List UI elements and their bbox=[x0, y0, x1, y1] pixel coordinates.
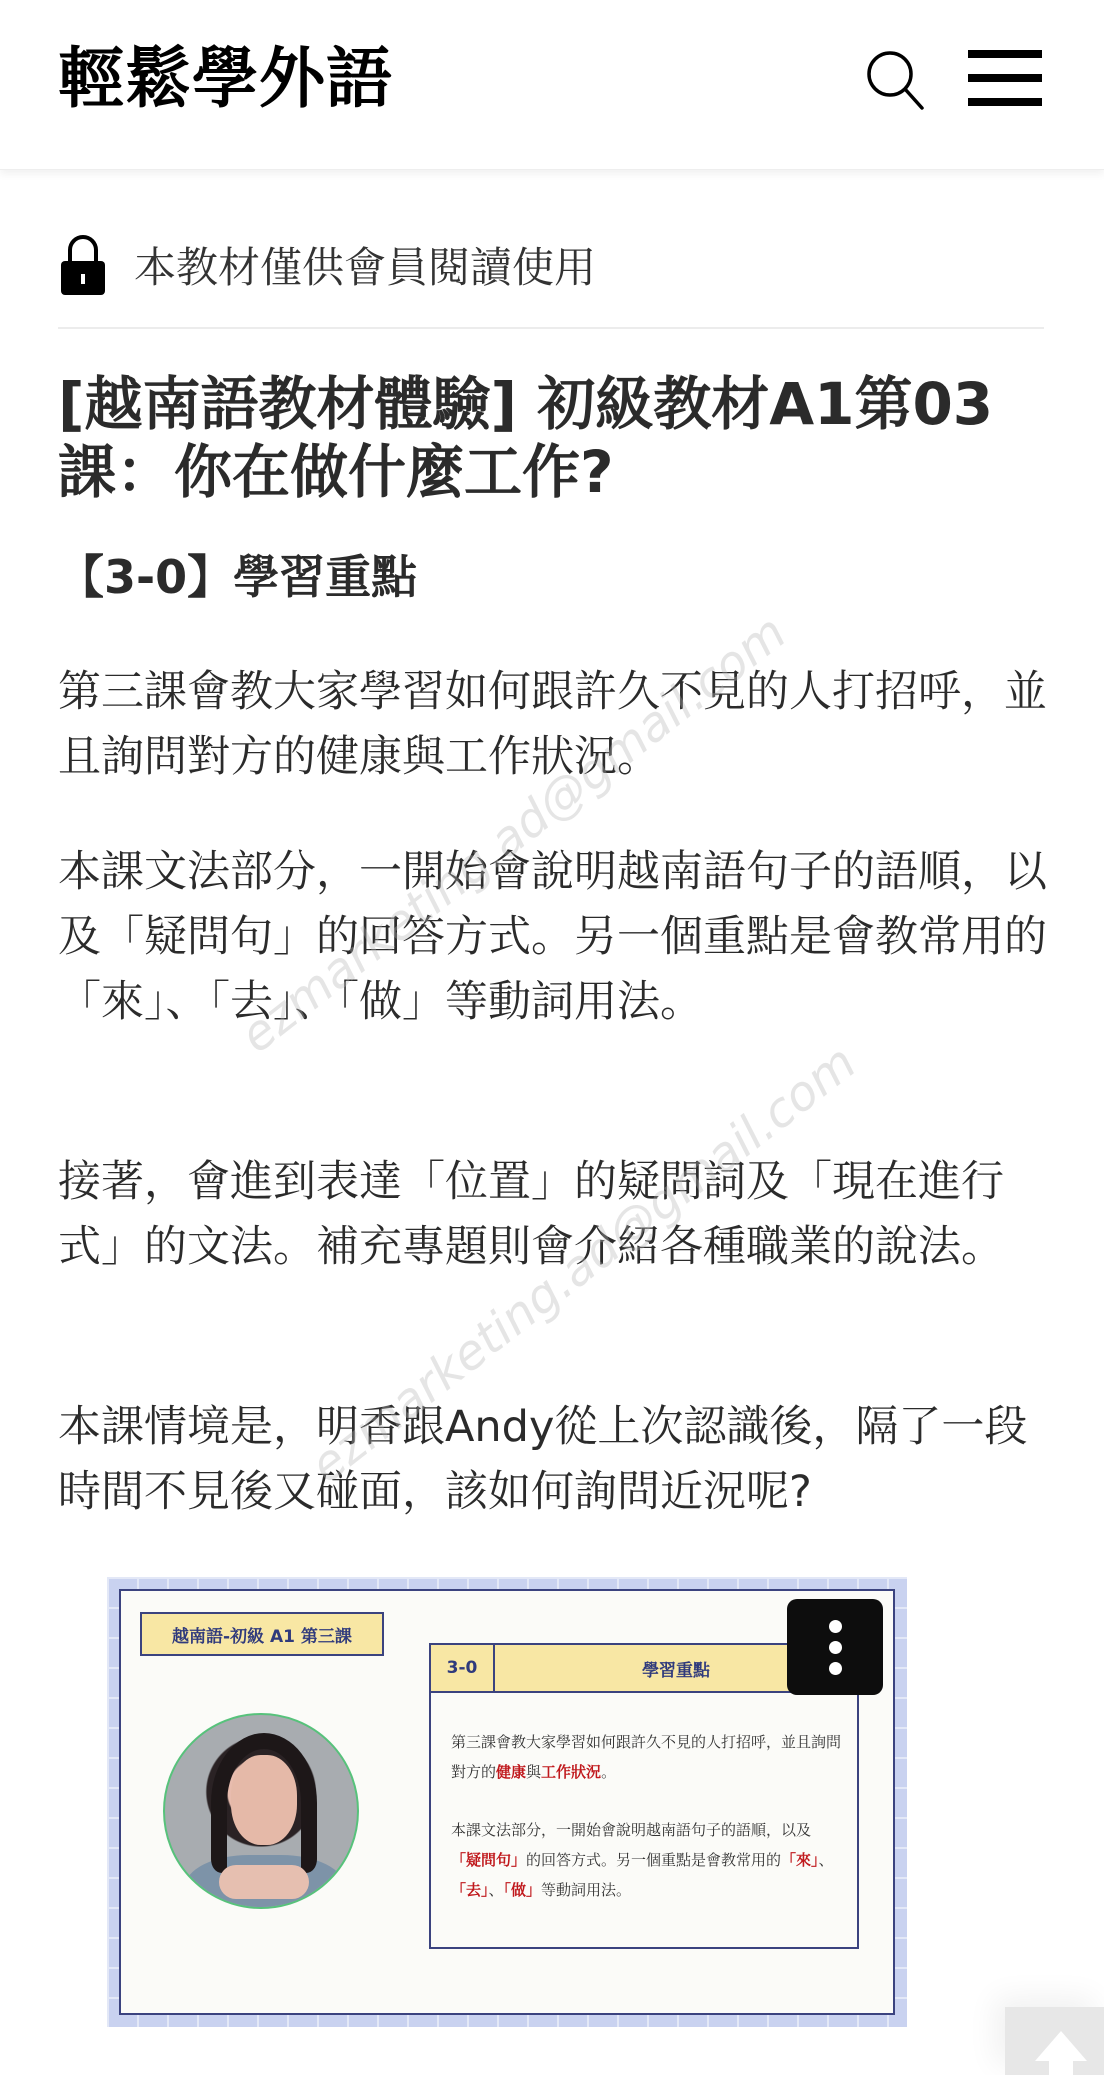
panel-body: 第三課會教大家學習如何跟許久不見的人打招呼，並且詢問對方的健康與工作狀況。 本課… bbox=[451, 1727, 841, 1933]
video-player[interactable]: 越南語-初級 A1 第三課 3-0 學習重點 第三課會教大家學習如何跟許久不見的… bbox=[107, 1577, 907, 2027]
hamburger-menu-icon bbox=[968, 50, 1042, 58]
members-only-notice: 本教材僅供會員閱讀使用 bbox=[58, 230, 596, 300]
paragraph-2: 本課文法部分，一開始會說明越南語句子的語順，以及「疑問句」的回答方式。另一個重點… bbox=[58, 840, 1048, 1035]
section-heading: 【3-0】學習重點 bbox=[58, 546, 417, 608]
more-vertical-icon bbox=[829, 1620, 842, 1633]
hamburger-menu-icon bbox=[968, 74, 1042, 82]
menu-button[interactable] bbox=[968, 50, 1042, 106]
article-title: [越南語教材體驗] 初級教材A1第03 課：你在做什麼工作? bbox=[58, 370, 1048, 506]
search-icon bbox=[864, 48, 928, 112]
arrow-up-icon bbox=[1035, 2031, 1087, 2061]
hamburger-menu-icon bbox=[968, 98, 1042, 106]
more-vertical-icon bbox=[829, 1641, 842, 1654]
title-line-2: 課：你在做什麼工作? bbox=[58, 438, 614, 506]
site-header: 輕鬆學外語 bbox=[0, 0, 1104, 170]
panel-number: 3-0 bbox=[431, 1645, 495, 1691]
paragraph-3: 接著，會進到表達「位置」的疑問詞及「現在進行式」的文法。補充專題則會介紹各種職業… bbox=[58, 1150, 1048, 1280]
lock-icon bbox=[58, 234, 108, 296]
title-line-1: [越南語教材體驗] 初級教材A1第03 bbox=[58, 370, 993, 438]
more-vertical-icon bbox=[829, 1662, 842, 1675]
video-more-options-button[interactable] bbox=[787, 1599, 883, 1695]
search-button[interactable] bbox=[864, 48, 928, 112]
course-label: 越南語-初級 A1 第三課 bbox=[140, 1612, 384, 1656]
instructor-avatar bbox=[163, 1713, 359, 1909]
video-slide: 越南語-初級 A1 第三課 3-0 學習重點 第三課會教大家學習如何跟許久不見的… bbox=[119, 1589, 895, 2015]
notice-text: 本教材僅供會員閱讀使用 bbox=[134, 235, 596, 295]
scroll-to-top-button[interactable] bbox=[1005, 2007, 1104, 2075]
panel-paragraph-1: 第三課會教大家學習如何跟許久不見的人打招呼，並且詢問對方的健康與工作狀況。 bbox=[451, 1727, 841, 1787]
panel-paragraph-2: 本課文法部分，一開始會說明越南語句子的語順，以及「疑問句」的回答方式。另一個重點… bbox=[451, 1815, 841, 1905]
divider bbox=[58, 327, 1044, 329]
site-logo[interactable]: 輕鬆學外語 bbox=[58, 38, 393, 120]
paragraph-4: 本課情境是，明香跟Andy從上次認識後，隔了一段時間不見後又碰面，該如何詢問近況… bbox=[58, 1395, 1048, 1525]
paragraph-1: 第三課會教大家學習如何跟許久不見的人打招呼，並且詢問對方的健康與工作狀況。 bbox=[58, 660, 1048, 790]
